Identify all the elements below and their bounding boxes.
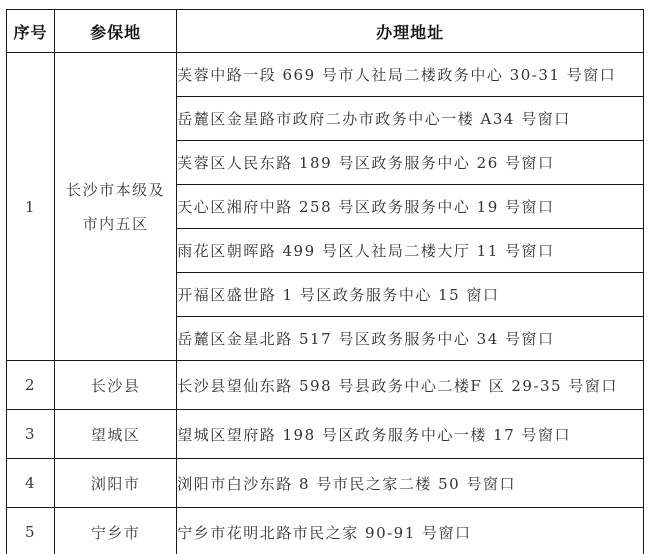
serial-number-cell: 5 (7, 508, 55, 554)
address-cell: 天心区湘府中路 258 号区政务服务中心 19 号窗口 (177, 185, 644, 229)
address-cell: 岳麓区金星路市政府二办市政务中心一楼 A34 号窗口 (177, 97, 644, 141)
table-header-row: 序号 参保地 办理地址 (7, 10, 644, 53)
header-insured-region: 参保地 (55, 10, 177, 53)
insured-region-cell: 浏阳市 (55, 459, 177, 508)
serial-number-cell: 3 (7, 410, 55, 459)
address-cell: 望城区望府路 198 号区政务服务中心一楼 17 号窗口 (177, 410, 644, 459)
header-service-address: 办理地址 (177, 10, 644, 53)
serial-number-cell: 2 (7, 361, 55, 410)
insured-region-cell: 宁乡市 (55, 508, 177, 554)
address-cell: 芙蓉中路一段 669 号市人社局二楼政务中心 30-31 号窗口 (177, 53, 644, 97)
service-address-table: 序号 参保地 办理地址 1 长沙市本级及 市内五区 芙蓉中路一段 669 号市人… (6, 9, 644, 554)
address-cell: 雨花区朝晖路 499 号区人社局二楼大厅 11 号窗口 (177, 229, 644, 273)
address-cell: 长沙县望仙东路 598 号县政务中心二楼F 区 29-35 号窗口 (177, 361, 644, 410)
address-cell: 芙蓉区人民东路 189 号区政务服务中心 26 号窗口 (177, 141, 644, 185)
address-cell: 岳麓区金星北路 517 号区政务服务中心 34 号窗口 (177, 317, 644, 361)
table-row: 1 长沙市本级及 市内五区 芙蓉中路一段 669 号市人社局二楼政务中心 30-… (7, 53, 644, 97)
table-row: 2 长沙县 长沙县望仙东路 598 号县政务中心二楼F 区 29-35 号窗口 (7, 361, 644, 410)
address-cell: 宁乡市花明北路市民之家 90-91 号窗口 (177, 508, 644, 554)
region-line: 市内五区 (59, 207, 172, 241)
table-row: 4 浏阳市 浏阳市白沙东路 8 号市民之家二楼 50 号窗口 (7, 459, 644, 508)
serial-number-cell: 4 (7, 459, 55, 508)
insured-region-cell: 长沙县 (55, 361, 177, 410)
insured-region-cell: 长沙市本级及 市内五区 (55, 53, 177, 361)
table-row: 3 望城区 望城区望府路 198 号区政务服务中心一楼 17 号窗口 (7, 410, 644, 459)
serial-number-cell: 1 (7, 53, 55, 361)
address-cell: 开福区盛世路 1 号区政务服务中心 15 窗口 (177, 273, 644, 317)
header-serial-number: 序号 (7, 10, 55, 53)
insured-region-cell: 望城区 (55, 410, 177, 459)
address-cell: 浏阳市白沙东路 8 号市民之家二楼 50 号窗口 (177, 459, 644, 508)
table-row: 5 宁乡市 宁乡市花明北路市民之家 90-91 号窗口 (7, 508, 644, 554)
region-line: 长沙市本级及 (59, 173, 172, 207)
